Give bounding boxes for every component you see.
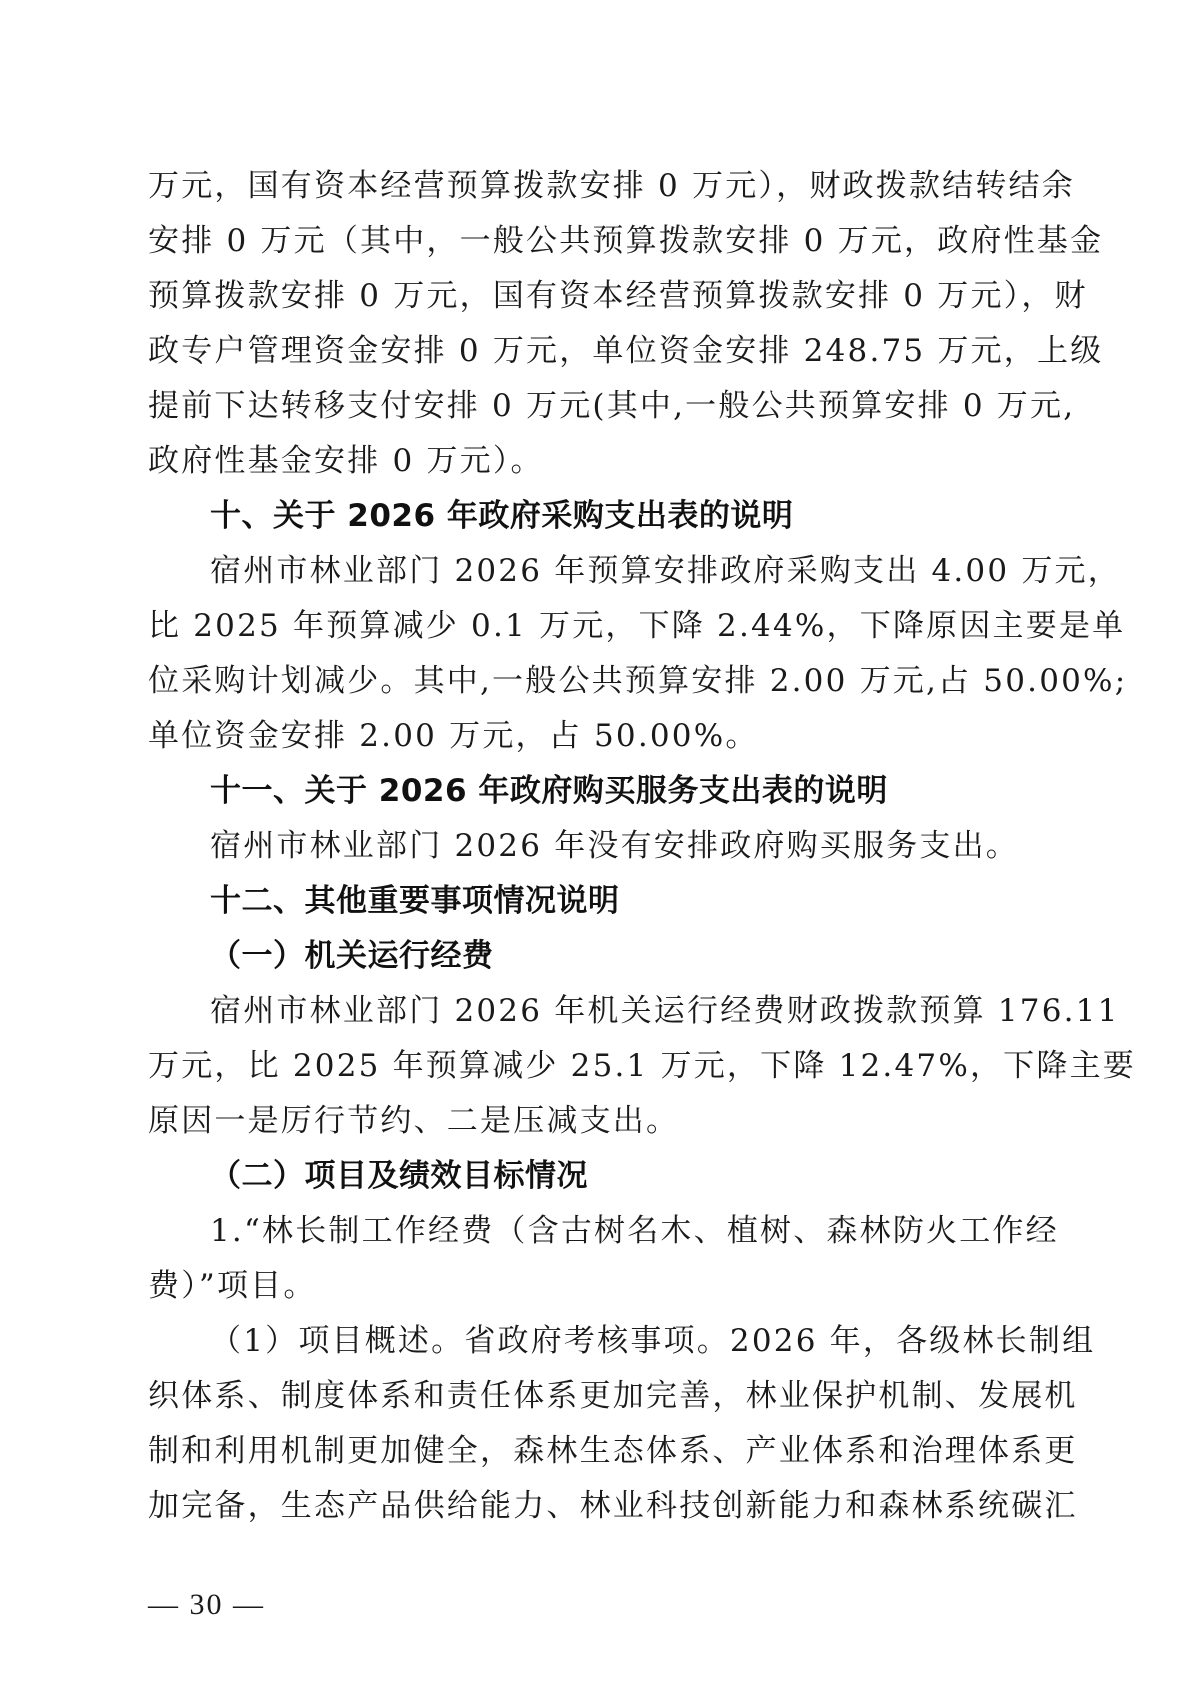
section-heading-12: 十二、其他重要事项情况说明	[210, 881, 1028, 921]
paragraph-line: 政府性基金安排 0 万元）。	[148, 441, 1028, 481]
paragraph-line: （1）项目概述。省政府考核事项。2026 年，各级林长制组	[210, 1321, 1028, 1361]
paragraph-line: 织体系、制度体系和责任体系更加完善，林业保护机制、发展机	[148, 1376, 1028, 1416]
subsection-heading-2: （二）项目及绩效目标情况	[210, 1156, 1028, 1196]
paragraph-line: 提前下达转移支付安排 0 万元(其中,一般公共预算安排 0 万元,	[148, 386, 1028, 426]
paragraph-line: 宿州市林业部门 2026 年没有安排政府购买服务支出。	[210, 826, 1028, 866]
section-heading-11: 十一、关于 2026 年政府购买服务支出表的说明	[210, 771, 1028, 811]
paragraph-line: 制和利用机制更加健全，森林生态体系、产业体系和治理体系更	[148, 1431, 1028, 1471]
section-heading-10: 十、关于 2026 年政府采购支出表的说明	[210, 496, 1028, 536]
paragraph-line: 宿州市林业部门 2026 年预算安排政府采购支出 4.00 万元，	[210, 551, 1028, 591]
paragraph-line: 万元，比 2025 年预算减少 25.1 万元，下降 12.47%，下降主要	[148, 1046, 1028, 1086]
paragraph-line: 加完备，生态产品供给能力、林业科技创新能力和森林系统碳汇	[148, 1486, 1028, 1526]
paragraph-line: 单位资金安排 2.00 万元，占 50.00%。	[148, 716, 1028, 756]
subsection-heading-1: （一）机关运行经费	[210, 936, 1028, 976]
paragraph-line: 费）”项目。	[148, 1266, 1028, 1306]
paragraph-line: 安排 0 万元（其中，一般公共预算拨款安排 0 万元，政府性基金	[148, 221, 1028, 261]
paragraph-line: 原因一是厉行节约、二是压减支出。	[148, 1101, 1028, 1141]
paragraph-line: 万元，国有资本经营预算拨款安排 0 万元），财政拨款结转结余	[148, 166, 1028, 206]
page-number: — 30 —	[148, 1588, 265, 1622]
paragraph-line: 宿州市林业部门 2026 年机关运行经费财政拨款预算 176.11	[210, 991, 1028, 1031]
paragraph-line: 1.“林长制工作经费（含古树名木、植树、森林防火工作经	[210, 1211, 1028, 1251]
paragraph-line: 预算拨款安排 0 万元，国有资本经营预算拨款安排 0 万元），财	[148, 276, 1028, 316]
document-page: 万元，国有资本经营预算拨款安排 0 万元），财政拨款结转结余 安排 0 万元（其…	[0, 0, 1190, 1683]
paragraph-line: 位采购计划减少。其中,一般公共预算安排 2.00 万元,占 50.00%;	[148, 661, 1028, 701]
paragraph-line: 比 2025 年预算减少 0.1 万元，下降 2.44%，下降原因主要是单	[148, 606, 1028, 646]
paragraph-line: 政专户管理资金安排 0 万元，单位资金安排 248.75 万元，上级	[148, 331, 1028, 371]
